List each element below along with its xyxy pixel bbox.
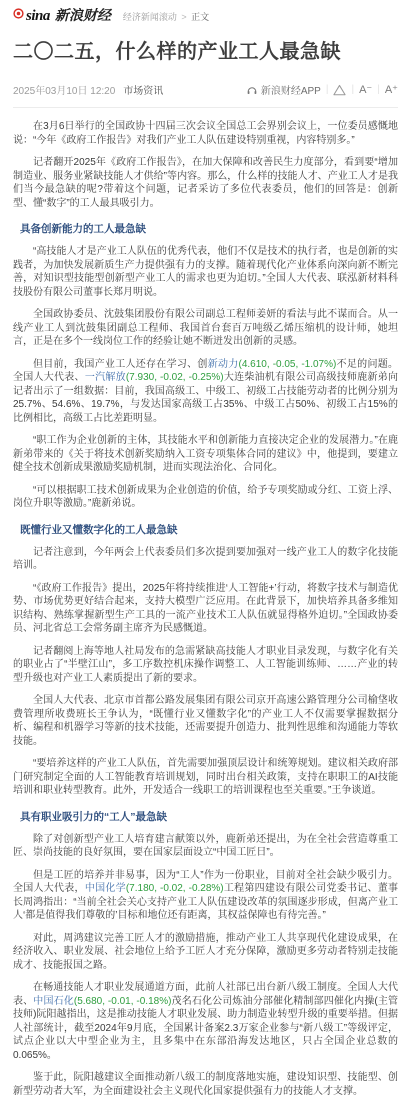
section-subheading: 既懂行业又懂数字化的工人最急缺 [13, 522, 398, 537]
warning-triangle-icon [333, 84, 346, 96]
separator: | [351, 84, 354, 95]
stock-link[interactable]: 中国化学 [85, 883, 126, 894]
article-paragraph: 鉴于此，阮阳越建议全面推动新八级工的制度落地实施，建设知识型、技能型、创新型劳动… [13, 1071, 398, 1098]
breadcrumb-separator: > [181, 12, 186, 22]
section-subheading: 具备创新能力的工人最急缺 [13, 221, 398, 236]
breadcrumb-section[interactable]: 经济新闻滚动 [123, 12, 177, 22]
separator: | [326, 84, 329, 95]
article-paragraph: 全国政协委员、沈鼓集团股份有限公司副总工程师姜妍的看法与此不谋而合。从一线产业工… [13, 308, 398, 349]
article-paragraph: 但是工匠的培养并非易事，因为“工人”作为一份职业，目前对全社会缺少吸引力。全国人… [13, 869, 398, 923]
stock-quote: (7.930, -0.02, -0.25%) [126, 372, 224, 383]
article-paragraph: 但目前，我国产业工人还存在学习、创新动力(4.610, -0.05, -1.07… [13, 358, 398, 426]
stock-quote: (4.610, -0.05, -1.07%) [239, 359, 337, 370]
article-paragraph: 在3月6日举行的全国政协十四届三次会议全国总工会界别会议上，一位委员感慨地说：“… [13, 120, 398, 147]
stock-quote: (5.680, -0.01, -0.18%) [74, 996, 172, 1007]
text-run: 在3月6日举行的全国政协十四届三次会议全国总工会界别会议上，一位委员感慨地说：“… [13, 121, 398, 146]
app-label: 新浪财经APP [261, 82, 321, 97]
separator: | [377, 84, 380, 95]
sina-eye-icon [13, 8, 24, 19]
text-run: 但目前，我国产业工人还存在学习、创 [33, 359, 208, 370]
article-paragraph: 全国人大代表、北京市首都公路发展集团有限公司京开高速公路管理分公司榆垡收费管理所… [13, 694, 398, 748]
top-bar: sina 新浪财经 经济新闻滚动 > 正文 [13, 0, 398, 24]
text-run: 鉴于此，阮阳越建议全面推动新八级工的制度落地实施，建设知识型、技能型、创新型劳动… [13, 1072, 398, 1097]
listen-app-button[interactable]: 新浪财经APP [246, 82, 321, 97]
text-run: 记者翻开2025年《政府工作报告》，在加大保障和改善民生力度部分，看到要“增加制… [13, 157, 398, 209]
font-decrease-button[interactable]: A⁻ [359, 83, 372, 96]
article-paragraph: “要培养这样的产业工人队伍，首先需要加强顶层设计和统筹规划。建议相关政府部门研究… [13, 757, 398, 798]
article-paragraph: 除了对创新型产业工人培育建言献策以外，鹿新弟还提出，为在全社会营造尊重工匠、崇尚… [13, 833, 398, 860]
logo-text-brand: 新浪财经 [55, 10, 111, 24]
headphones-icon [246, 84, 258, 96]
article-paragraph: 在畅通技能人才职业发展通道方面，此前人社部已出台新八级工制度。全国人大代表、中国… [13, 981, 398, 1062]
breadcrumb-current: 正文 [191, 12, 209, 22]
publish-date: 2025年03月10日 12:20 [13, 82, 115, 97]
article-body: 在3月6日举行的全国政协十四届三次会议全国总工会界别会议上，一位委员感慨地说：“… [13, 108, 398, 1098]
stock-link[interactable]: 一汽解放 [85, 372, 126, 383]
article-paragraph: 记者注意到，今年两会上代表委员们多次提到要加强对一线产业工人的数字化技能培训。 [13, 546, 398, 573]
meta-row: 2025年03月10日 12:20 市场资讯 新浪财经APP | | A⁻ | … [13, 82, 398, 97]
text-run: “《政府工作报告》提出，2025年将持续推进‘人工智能+’行动，将数字技术与制造… [13, 583, 398, 635]
text-run: 全国人大代表、北京市首都公路发展集团有限公司京开高速公路管理分公司榆垡收费管理所… [13, 695, 398, 747]
logo-text-sina: sina [26, 9, 50, 24]
source-link[interactable]: 市场资讯 [123, 82, 163, 97]
text-run: “可以根据职工技术创新成果为企业创造的价值，给予专项奖励或分红、工资上浮、岗位升… [13, 485, 398, 510]
font-increase-button[interactable]: A⁺ [385, 83, 398, 96]
stock-link[interactable]: 新动力 [208, 359, 239, 370]
stock-quote: (7.180, -0.02, -0.28%) [126, 883, 224, 894]
article-paragraph: “高技能人才是产业工人队伍的优秀代表，他们不仅是技术的执行者，也是创新的实践者，… [13, 245, 398, 299]
article-paragraph: “可以根据职工技术创新成果为企业创造的价值，给予专项奖励或分红、工资上浮、岗位升… [13, 484, 398, 511]
article-paragraph: 对此，周鸿建议完善工匠人才的激励措施，推动产业工人共享现代化建设成果，在经济收入… [13, 932, 398, 973]
text-run: 记者注意到，今年两会上代表委员们多次提到要加强对一线产业工人的数字化技能培训。 [13, 547, 398, 572]
report-button[interactable] [333, 84, 346, 96]
text-run: “高技能人才是产业工人队伍的优秀代表，他们不仅是技术的执行者，也是创新的实践者，… [13, 246, 398, 298]
text-run: 除了对创新型产业工人培育建言献策以外，鹿新弟还提出，为在全社会营造尊重工匠、崇尚… [13, 834, 398, 859]
meta-actions: 新浪财经APP | | A⁻ | A⁺ [246, 82, 398, 97]
sina-logo[interactable]: sina 新浪财经 [13, 8, 111, 24]
article-page: sina 新浪财经 经济新闻滚动 > 正文 二〇二五，什么样的产业工人最急缺 2… [0, 0, 411, 1098]
text-run: 对此，周鸿建议完善工匠人才的激励措施，推动产业工人共享现代化建设成果，在经济收入… [13, 933, 398, 971]
breadcrumb: 经济新闻滚动 > 正文 [123, 13, 209, 24]
section-subheading: 具有职业吸引力的“工人”最急缺 [13, 809, 398, 824]
stock-link[interactable]: 中国石化 [33, 996, 74, 1007]
text-run: 记者翻阅上海等地人社局发布的急需紧缺高技能人才职业目录发现，与数字化有关的职业占… [13, 646, 398, 684]
article-paragraph: 记者翻开2025年《政府工作报告》，在加大保障和改善民生力度部分，看到要“增加制… [13, 156, 398, 210]
text-run: “要培养这样的产业工人队伍，首先需要加强顶层设计和统筹规划。建议相关政府部门研究… [13, 758, 398, 796]
text-run: 全国政协委员、沈鼓集团股份有限公司副总工程师姜妍的看法与此不谋而合。从一线产业工… [13, 309, 398, 347]
article-paragraph: 记者翻阅上海等地人社局发布的急需紧缺高技能人才职业目录发现，与数字化有关的职业占… [13, 645, 398, 686]
article-paragraph: “职工作为企业创新的主体，其技能水平和创新能力直接决定企业的发展潜力。”在鹿新弟… [13, 434, 398, 475]
article-title: 二〇二五，什么样的产业工人最急缺 [13, 39, 398, 65]
text-run: “职工作为企业创新的主体，其技能水平和创新能力直接决定企业的发展潜力。”在鹿新弟… [13, 435, 398, 473]
article-paragraph: “《政府工作报告》提出，2025年将持续推进‘人工智能+’行动，将数字技术与制造… [13, 582, 398, 636]
